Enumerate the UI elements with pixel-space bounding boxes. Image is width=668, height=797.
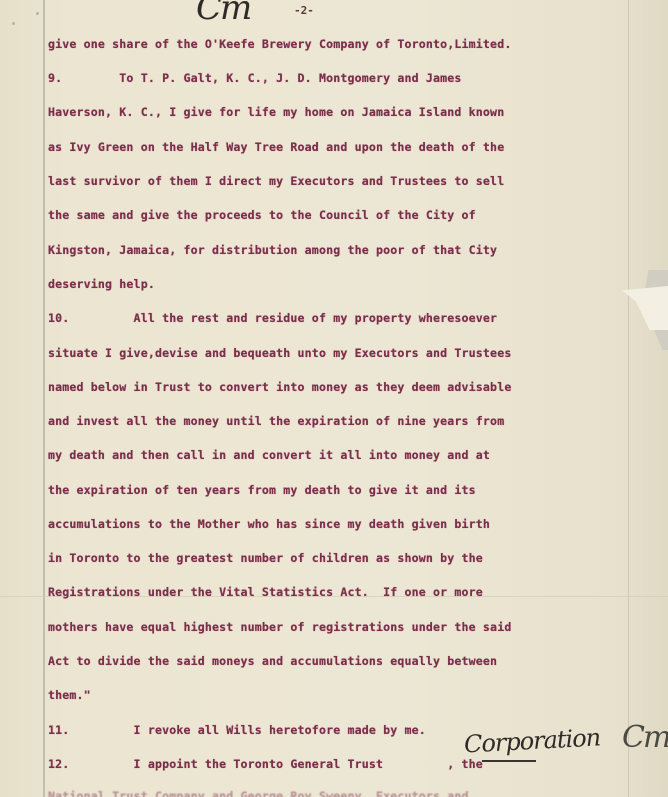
text-line: Haverson, K. C., I give for life my home… (48, 105, 504, 119)
text-line: them." (48, 688, 91, 702)
text-line: mothers have equal highest number of reg… (48, 620, 511, 634)
text-line-cut-off: National Trust Company and George Roy Sw… (48, 789, 469, 797)
paper-fold-vertical (628, 0, 629, 797)
handwritten-correction: Corporation (463, 723, 600, 758)
strikethrough-mark (482, 760, 536, 762)
text-line: named below in Trust to convert into mon… (48, 380, 511, 394)
text-line: 10. All the rest and residue of my prope… (48, 311, 497, 325)
text-line: 9. To T. P. Galt, K. C., J. D. Montgomer… (48, 71, 462, 85)
text-line: 11. I revoke all Wills heretofore made b… (48, 723, 426, 737)
text-line: accumulations to the Mother who has sinc… (48, 517, 490, 531)
text-line: and invest all the money until the expir… (48, 414, 504, 428)
text-line: Act to divide the said moneys and accumu… (48, 654, 497, 668)
handwritten-initials-top: Cm (196, 0, 250, 28)
text-line: the same and give the proceeds to the Co… (48, 208, 476, 222)
text-line: deserving help. (48, 277, 155, 291)
page-number: -2- (294, 4, 314, 17)
text-line: give one share of the O'Keefe Brewery Co… (48, 37, 511, 51)
margin-rule (43, 0, 45, 797)
text-line: Registrations under the Vital Statistics… (48, 585, 483, 599)
document-page: Cm -2- give one share of the O'Keefe Bre… (0, 0, 668, 797)
paper-speck (12, 22, 15, 25)
text-line: situate I give,devise and bequeath unto … (48, 346, 511, 360)
text-line: the expiration of ten years from my deat… (48, 483, 476, 497)
text-line: in Toronto to the greatest number of chi… (48, 551, 483, 565)
text-line: my death and then call in and convert it… (48, 448, 490, 462)
handwritten-initials-right: Cm (622, 720, 668, 755)
text-line: Kingston, Jamaica, for distribution amon… (48, 243, 497, 257)
text-line: as Ivy Green on the Half Way Tree Road a… (48, 140, 504, 154)
text-line: last survivor of them I direct my Execut… (48, 174, 504, 188)
paper-speck (36, 12, 39, 15)
text-line: 12. I appoint the Toronto General Trust … (48, 757, 483, 771)
